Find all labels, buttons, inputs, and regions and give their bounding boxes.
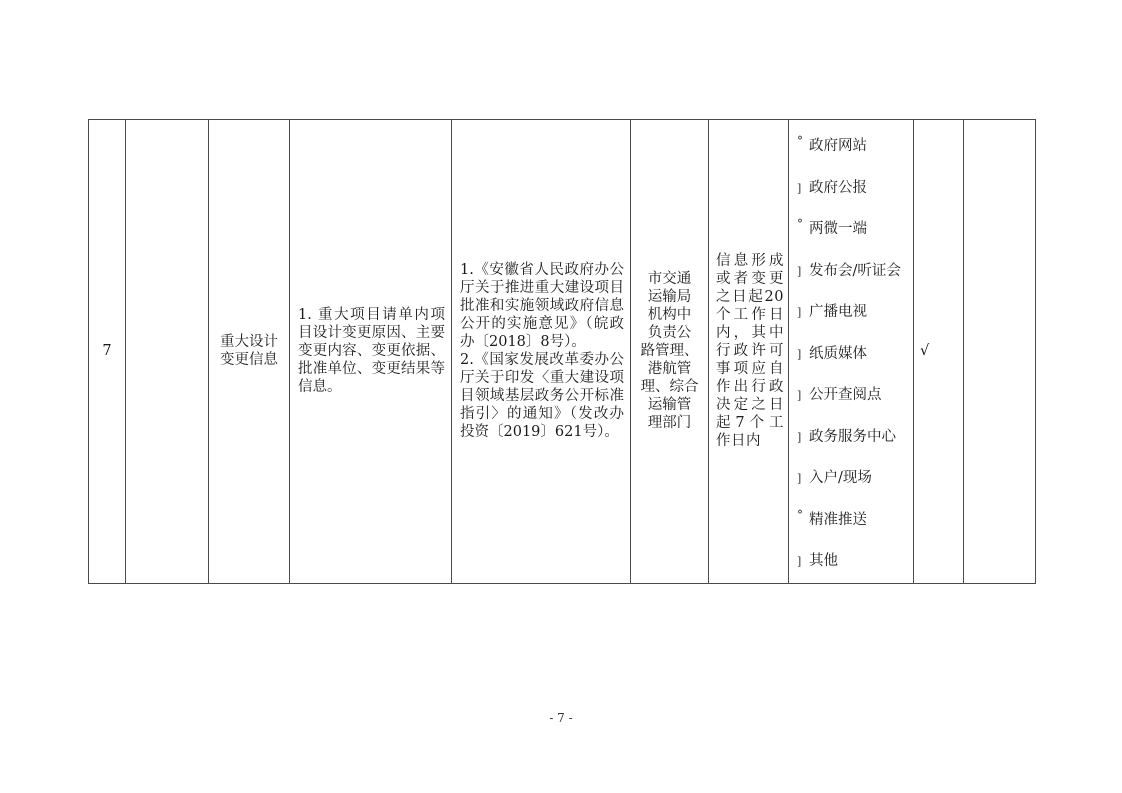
channel-item: ]政府公报 [797, 168, 913, 210]
checkbox-checked-icon: ° [797, 126, 809, 156]
check-cell: √ [914, 120, 964, 584]
check-mark-icon: √ [920, 343, 929, 359]
category-cell: 重大设计 变更信息 [209, 120, 290, 584]
category-line: 重大设计 [209, 333, 289, 351]
document-page: 7 重大设计 变更信息 1. 重大项目请单内项目设计变更原因、主要变更内容、变更… [0, 0, 1122, 793]
checkbox-unchecked-icon: ] [797, 292, 809, 334]
checkbox-unchecked-icon: ] [797, 251, 809, 293]
empty-cell [126, 120, 209, 584]
channel-label: 其他 [809, 553, 838, 569]
channel-item: °两微一端 [797, 209, 913, 251]
checkbox-unchecked-icon: ] [797, 334, 809, 376]
subject-line: 机构中 [633, 306, 706, 324]
subject-line: 港航管 [633, 360, 706, 378]
channels-cell: °政府网站 ]政府公报 °两微一端 ]发布会/听证会 ]广播电视 ]纸质媒体 ]… [789, 120, 914, 584]
channel-label: 精准推送 [809, 512, 867, 528]
channel-label: 政府公报 [809, 180, 867, 196]
channel-item: ]政务服务中心 [797, 417, 913, 459]
channel-item: ]发布会/听证会 [797, 251, 913, 293]
channel-label: 公开查阅点 [809, 387, 882, 403]
checkbox-unchecked-icon: ] [797, 168, 809, 210]
row-index: 7 [89, 120, 126, 584]
time-limit-cell: 信息形成或者变更之日起20个工作日内，其中行政许可事项应自作出行政决定之日起7个… [709, 120, 789, 584]
checkbox-unchecked-icon: ] [797, 375, 809, 417]
channel-label: 发布会/听证会 [809, 263, 901, 279]
page-number: - 7 - [0, 711, 1122, 725]
checkbox-checked-icon: ° [797, 209, 809, 239]
channel-item: °精准推送 [797, 500, 913, 542]
basis-item: 1.《安徽省人民政府办公厅关于推进重大建设项目批准和实施领域政府信息公开的实施意… [460, 261, 624, 351]
channel-item: °政府网站 [797, 126, 913, 168]
channel-item: ]广播电视 [797, 292, 913, 334]
subject-cell: 市交通 运输局 机构中 负责公 路管理、 港航管 理、综合 运输管 理部门 [631, 120, 709, 584]
subject-line: 理、综合 [633, 378, 706, 396]
channel-label: 政务服务中心 [809, 429, 896, 445]
subject-line: 负责公 [633, 324, 706, 342]
subject-line: 路管理、 [633, 342, 706, 360]
content-cell: 1. 重大项目请单内项目设计变更原因、主要变更内容、变更依据、批准单位、变更结果… [290, 120, 452, 584]
subject-line: 运输局 [633, 288, 706, 306]
category-line: 变更信息 [209, 351, 289, 369]
channel-label: 广播电视 [809, 304, 867, 320]
checkbox-unchecked-icon: ] [797, 458, 809, 500]
subject-line: 理部门 [633, 414, 706, 432]
basis-item: 2.《国家发展改革委办公厅关于印发〈重大建设项目领域基层政务公开标准指引〉的通知… [460, 351, 624, 441]
channel-label: 入户/现场 [809, 470, 872, 486]
disclosure-table: 7 重大设计 变更信息 1. 重大项目请单内项目设计变更原因、主要变更内容、变更… [88, 119, 1036, 584]
checkbox-unchecked-icon: ] [797, 417, 809, 459]
channel-item: ]纸质媒体 [797, 334, 913, 376]
subject-line: 市交通 [633, 270, 706, 288]
channel-label: 纸质媒体 [809, 346, 867, 362]
channel-item: ]其他 [797, 541, 913, 583]
channel-item: ]公开查阅点 [797, 375, 913, 417]
channel-label: 政府网站 [809, 138, 867, 154]
empty-cell [964, 120, 1036, 584]
content-text: 1. 重大项目请单内项目设计变更原因、主要变更内容、变更依据、批准单位、变更结果… [298, 307, 445, 395]
checkbox-unchecked-icon: ] [797, 541, 809, 583]
checkbox-checked-icon: ° [797, 500, 809, 530]
channel-item: ]入户/现场 [797, 458, 913, 500]
subject-line: 运输管 [633, 396, 706, 414]
channel-label: 两微一端 [809, 221, 867, 237]
basis-cell: 1.《安徽省人民政府办公厅关于推进重大建设项目批准和实施领域政府信息公开的实施意… [452, 120, 631, 584]
table-row: 7 重大设计 变更信息 1. 重大项目请单内项目设计变更原因、主要变更内容、变更… [89, 120, 1036, 584]
time-limit-text: 信息形成或者变更之日起20个工作日内，其中行政许可事项应自作出行政决定之日起7个… [716, 253, 784, 449]
